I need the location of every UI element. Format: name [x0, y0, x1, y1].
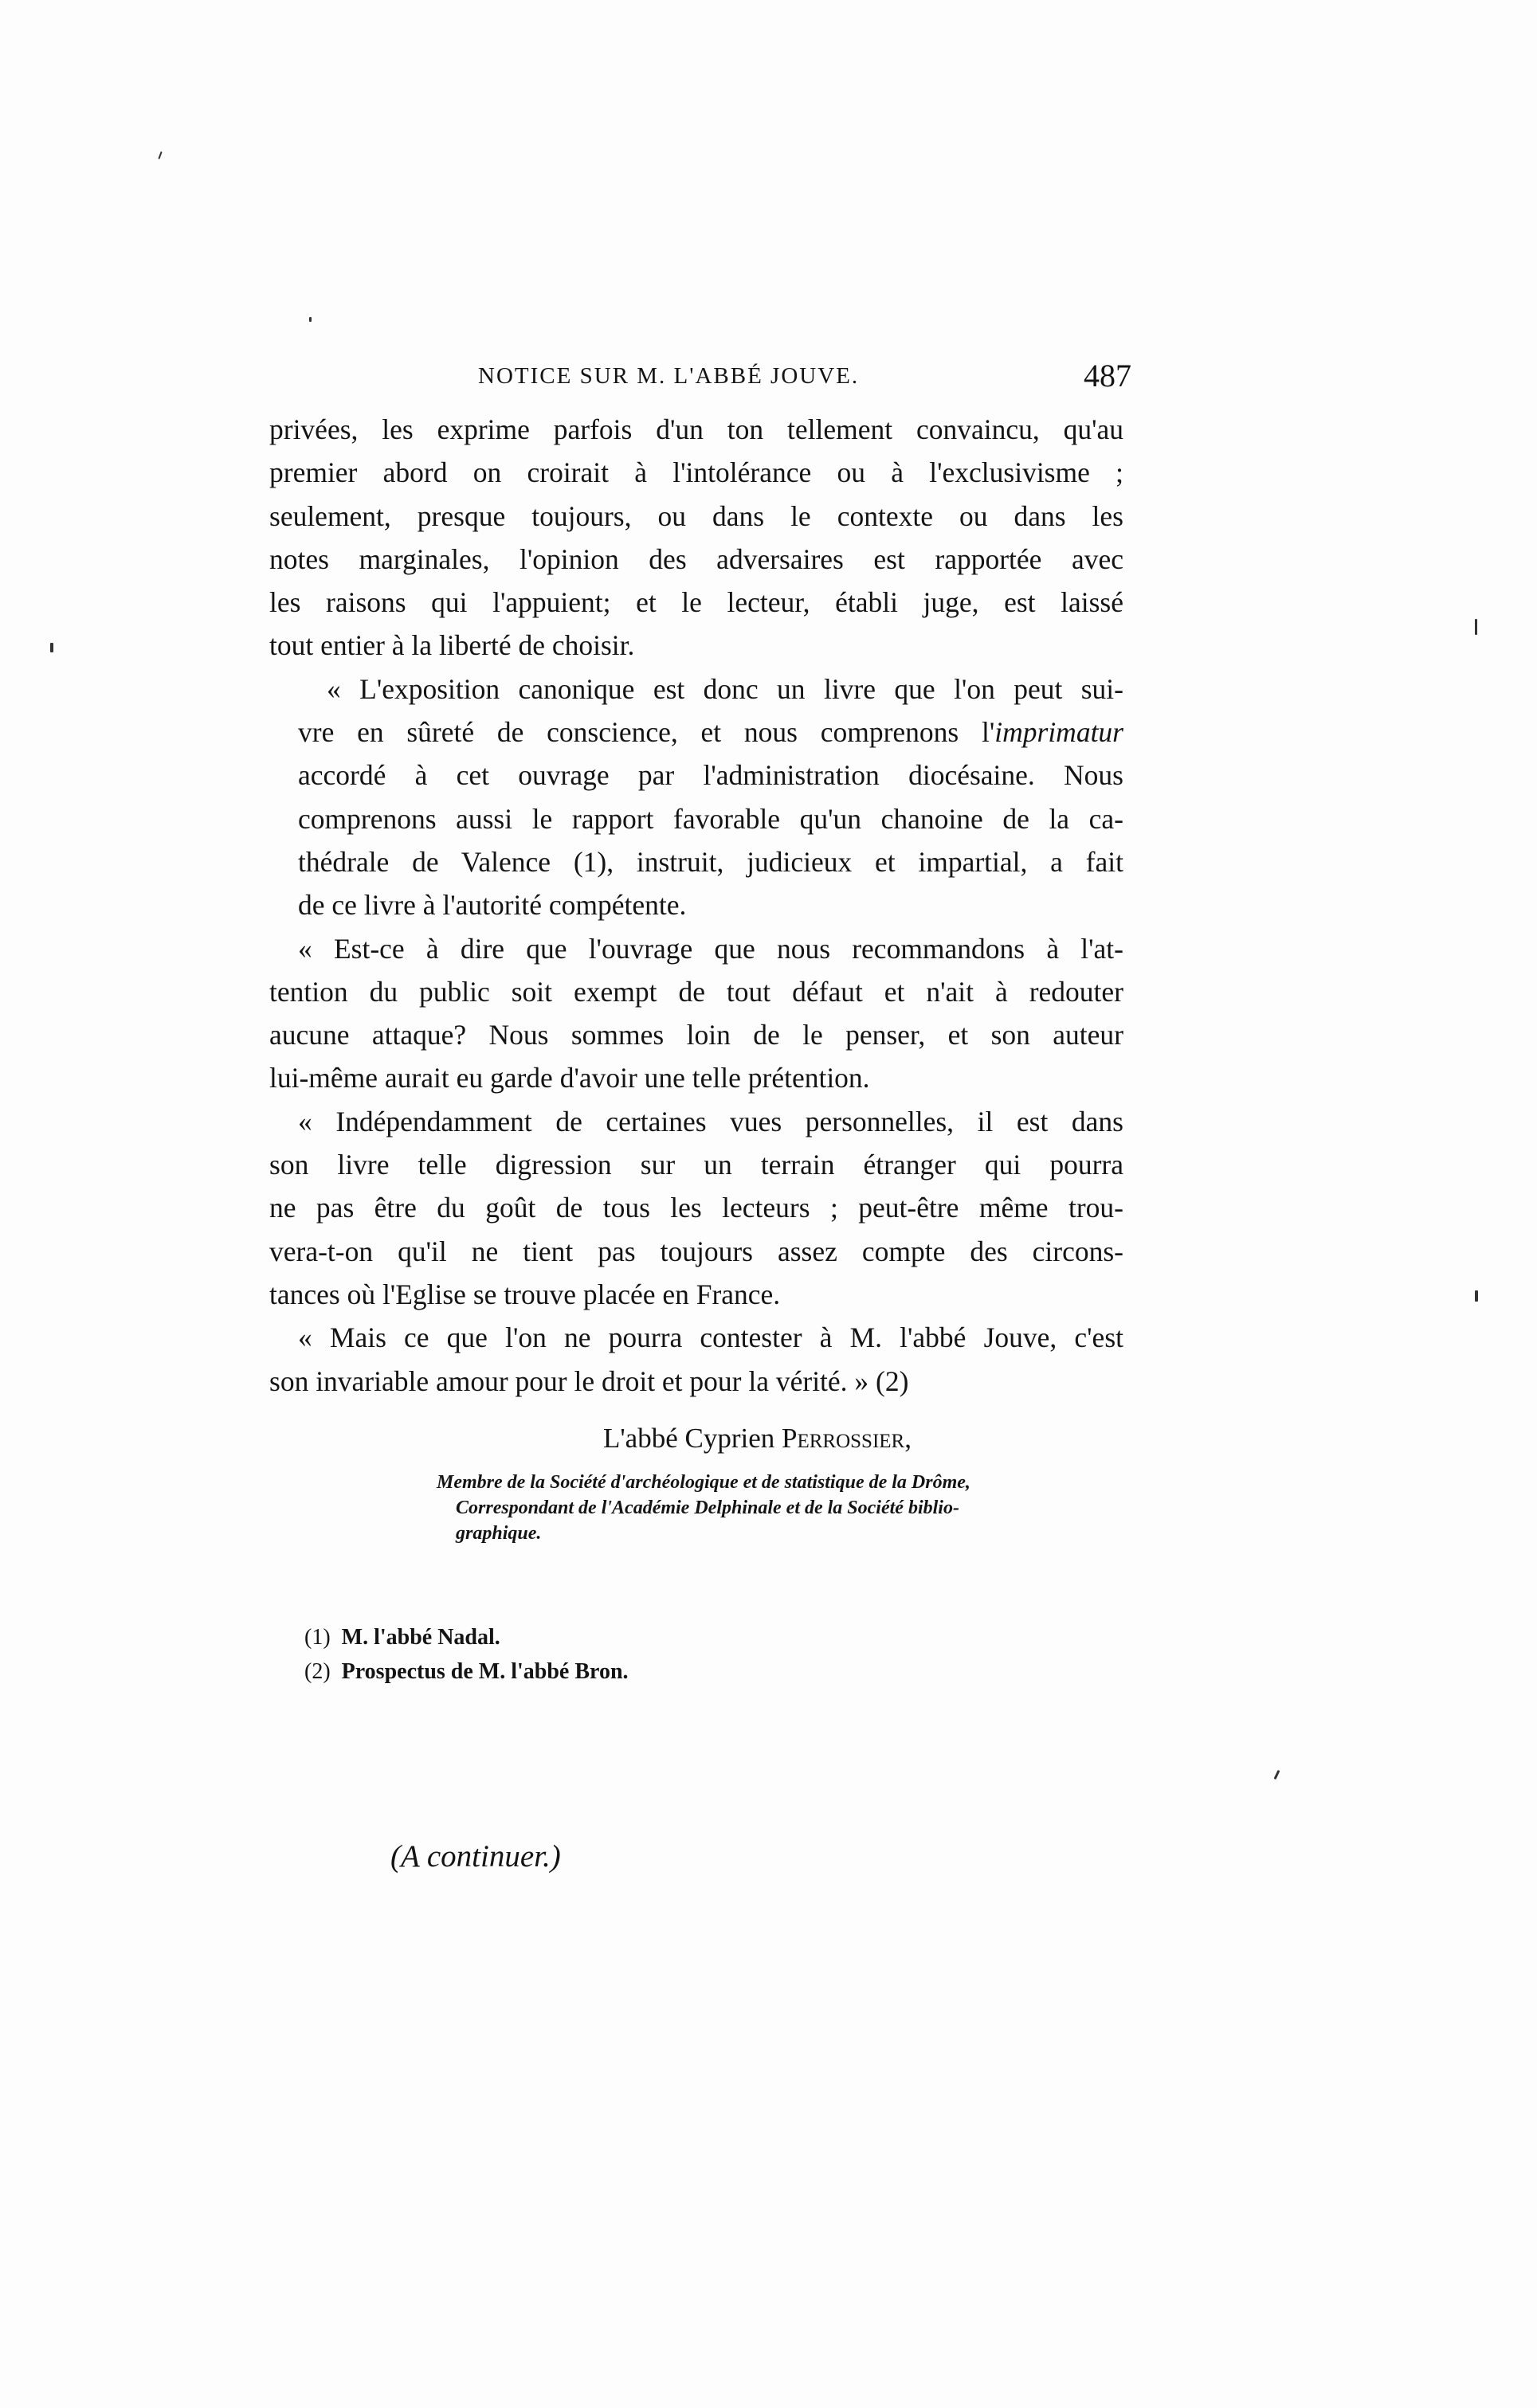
running-head: NOTICE SUR M. L'ABBÉ JOUVE. 487 [478, 357, 1131, 397]
text-line: tention du public soit exempt de tout dé… [269, 970, 1123, 1013]
text-line: « Mais ce que l'on ne pourra contester à… [269, 1316, 1123, 1359]
text-line: tances où l'Eglise se trouve placée en F… [269, 1273, 1123, 1316]
text-segment: vre en sûreté de conscience, et nous com… [298, 716, 994, 748]
scan-speck [1475, 619, 1477, 635]
footnote-text: Prospectus de M. l'abbé Bron. [342, 1659, 629, 1684]
footnote-number: (2) [304, 1659, 331, 1684]
signature-prefix: L'abbé Cyprien [603, 1423, 782, 1454]
italic-term: imprimatur [994, 716, 1123, 748]
signature-surname: Perrossier [782, 1423, 904, 1454]
affiliation-line: graphique. [437, 1521, 1130, 1546]
footnote: (1)M. l'abbé Nadal. [304, 1620, 629, 1654]
text-line: tout entier à la liberté de choisir. [269, 624, 1123, 667]
text-line: lui-même aurait eu garde d'avoir une tel… [269, 1056, 1123, 1099]
to-be-continued-note: (A continuer.) [390, 1838, 561, 1874]
text-line: aucune attaque? Nous sommes loin de le p… [269, 1013, 1123, 1056]
paragraph: « Mais ce que l'on ne pourra contester à… [269, 1316, 1123, 1403]
book-page: NOTICE SUR M. L'ABBÉ JOUVE. 487 privées,… [0, 0, 1537, 2408]
footnote: (2)Prospectus de M. l'abbé Bron. [304, 1654, 629, 1689]
text-line: notes marginales, l'opinion des adversai… [269, 538, 1123, 581]
scan-speck [309, 317, 312, 322]
text-line: les raisons qui l'appuient; et le lecteu… [269, 581, 1123, 624]
page-number: 487 [1084, 357, 1131, 394]
scan-speck [158, 151, 162, 159]
text-line: « Est-ce à dire que l'ouvrage que nous r… [269, 927, 1123, 970]
running-title: NOTICE SUR M. L'ABBÉ JOUVE. [478, 363, 859, 390]
signature: L'abbé Cyprien Perrossier, [603, 1423, 912, 1455]
signature-suffix: , [904, 1423, 912, 1454]
signature-affiliation: Membre de la Société d'archéologique et … [437, 1470, 1130, 1546]
paragraph: « L'exposition canonique est donc un liv… [269, 668, 1123, 927]
body-text: privées, les exprime parfois d'un ton te… [269, 408, 1123, 1403]
text-line: vre en sûreté de conscience, et nous com… [269, 711, 1123, 754]
footnote-number: (1) [304, 1625, 331, 1650]
paragraph: privées, les exprime parfois d'un ton te… [269, 408, 1123, 668]
text-line: thédrale de Valence (1), instruit, judic… [269, 840, 1123, 883]
text-line: privées, les exprime parfois d'un ton te… [269, 408, 1123, 451]
text-line: son livre telle digression sur un terrai… [269, 1143, 1123, 1186]
text-line: seulement, presque toujours, ou dans le … [269, 495, 1123, 538]
text-line: accordé à cet ouvrage par l'administrati… [269, 754, 1123, 797]
text-line: ne pas être du goût de tous les lecteurs… [269, 1186, 1123, 1229]
text-line: « L'exposition canonique est donc un liv… [269, 668, 1123, 711]
scan-speck [1274, 1770, 1280, 1780]
text-line: de ce livre à l'autorité compétente. [269, 883, 1123, 926]
text-line: « Indépendamment de certaines vues perso… [269, 1100, 1123, 1143]
affiliation-line: Membre de la Société d'archéologique et … [437, 1470, 1130, 1495]
text-line: vera-t-on qu'il ne tient pas toujours as… [269, 1230, 1123, 1273]
scan-speck [50, 643, 53, 652]
text-line: premier abord on croirait à l'intoléranc… [269, 451, 1123, 494]
footnotes: (1)M. l'abbé Nadal. (2)Prospectus de M. … [304, 1620, 629, 1689]
paragraph: « Indépendamment de certaines vues perso… [269, 1100, 1123, 1316]
scan-speck [1475, 1290, 1478, 1302]
paragraph: « Est-ce à dire que l'ouvrage que nous r… [269, 927, 1123, 1100]
affiliation-line: Correspondant de l'Académie Delphinale e… [437, 1495, 1130, 1521]
text-line: son invariable amour pour le droit et po… [269, 1360, 1123, 1403]
text-line: comprenons aussi le rapport favorable qu… [269, 797, 1123, 840]
footnote-text: M. l'abbé Nadal. [342, 1625, 500, 1650]
